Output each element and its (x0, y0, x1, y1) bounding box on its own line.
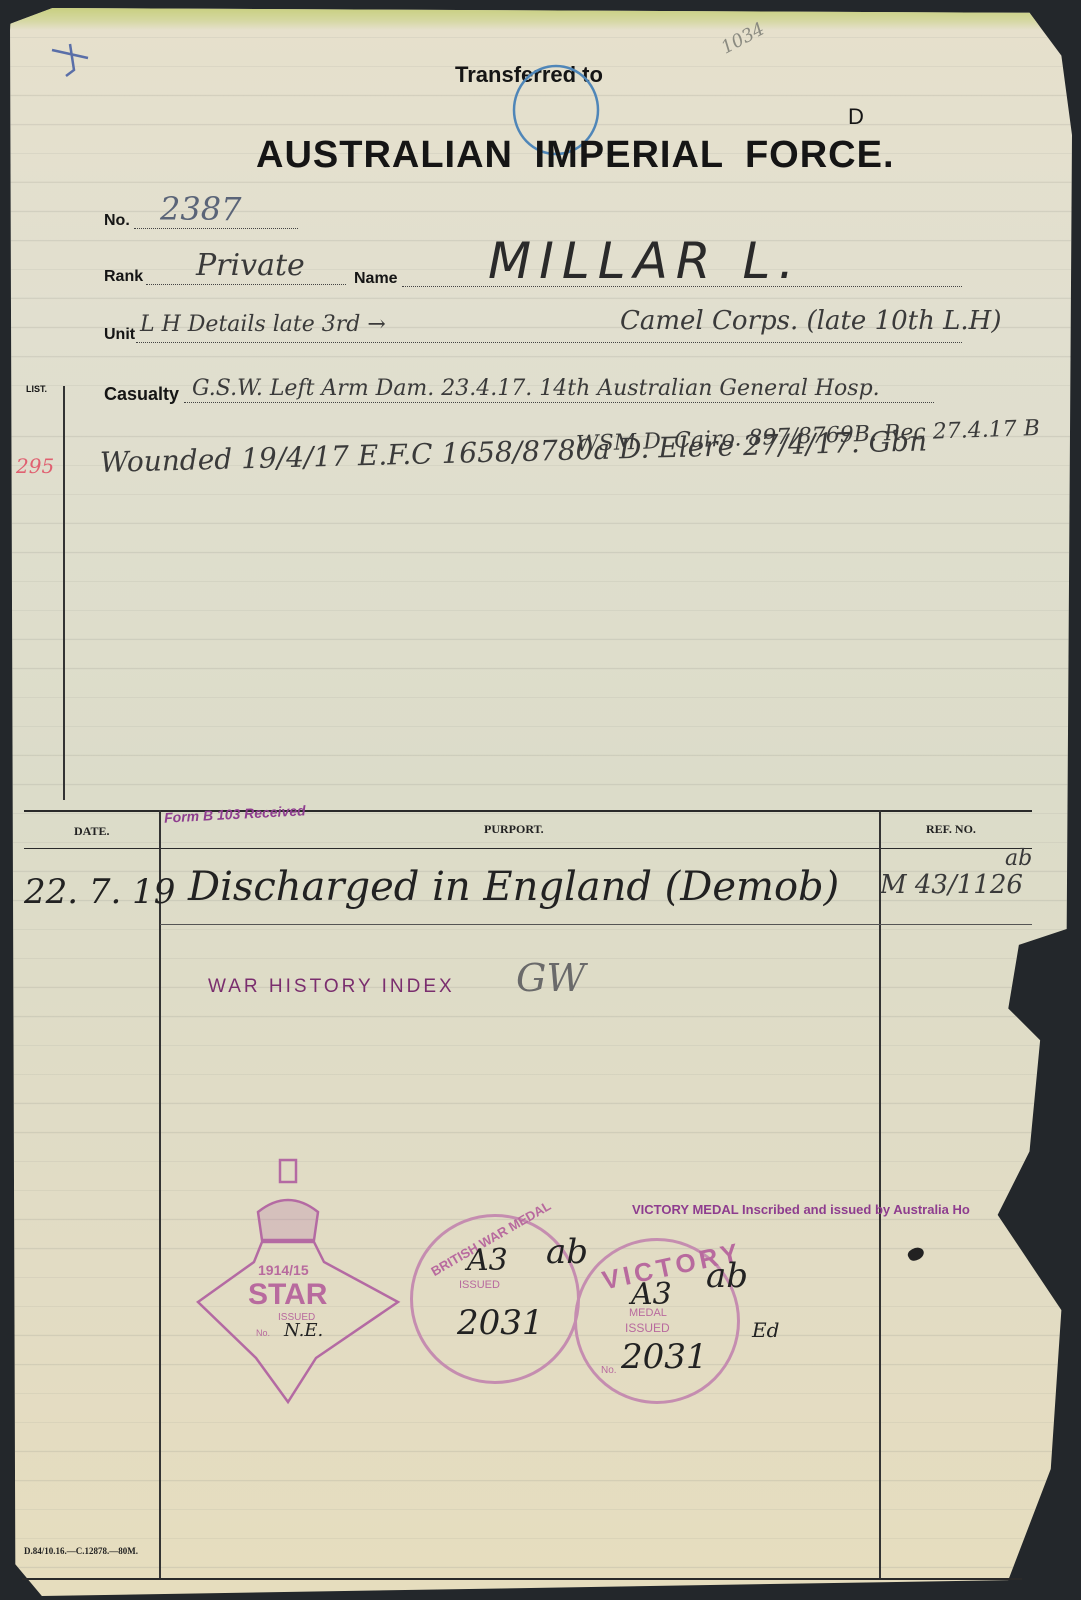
name-value: MILLAR L. (488, 232, 802, 290)
war-history-index-stamp: WAR HISTORY INDEX (208, 976, 455, 998)
casualty-label: Casualty (104, 384, 179, 405)
row-purport: Discharged in England (Demob) (188, 864, 839, 910)
star-no-value: N.E. (284, 1320, 323, 1341)
header-bottom-rule (24, 848, 1032, 849)
star-years: 1914/15 (258, 1262, 309, 1278)
unit-line (136, 342, 962, 343)
victory-initials: ab (706, 1256, 748, 1296)
row-ref: M 43/1126 (880, 870, 1023, 900)
row-date: 22. 7. 19 (24, 872, 175, 912)
victory-no-label: No. (601, 1365, 617, 1376)
printer-imprint: D.84/10.16.—C.12878.—80M. (24, 1546, 138, 1556)
rank-value: Private (196, 248, 305, 283)
star-medal-stamp: 1914/15 STAR ISSUED No. N.E. (196, 1158, 408, 1408)
red-margin-note: 295 (16, 454, 54, 478)
no-label: No. (104, 212, 130, 230)
row-bottom-rule (160, 924, 1032, 925)
blue-pencil-mark (48, 40, 98, 80)
star-no-label: No. (256, 1328, 270, 1338)
unit-label: Unit (104, 326, 135, 344)
margin-rule (63, 386, 65, 800)
no-line (134, 228, 298, 229)
bwm-initials: ab (546, 1232, 588, 1272)
column-header-purport: PURPORT. (484, 822, 544, 837)
row-ref-initials: ab (1005, 846, 1032, 871)
victory-issued: ISSUED (625, 1321, 670, 1335)
name-label: Name (354, 270, 398, 288)
victory-extra: Ed (752, 1318, 779, 1342)
bwm-number: 2031 (457, 1303, 544, 1343)
unit-value-right: Camel Corps. (late 10th L.H) (620, 306, 1001, 336)
bwm-ref: A3 (467, 1243, 508, 1278)
star-title: STAR (248, 1278, 327, 1312)
unit-value-left: L H Details late 3rd → (140, 312, 386, 337)
date-column-rule (159, 810, 161, 1580)
war-history-initials: GW (516, 956, 585, 1000)
bottom-rule (22, 1578, 1022, 1580)
aged-top-edge (10, 8, 1072, 30)
victory-medal-issued-stamp: VICTORY MEDAL Inscribed and issued by Au… (632, 1202, 970, 1217)
casualty-value: G.S.W. Left Arm Dam. 23.4.17. 14th Austr… (192, 376, 880, 401)
bwm-issued: ISSUED (459, 1279, 500, 1291)
page-title: AUSTRALIAN IMPERIAL FORCE. (256, 134, 895, 177)
column-header-date: DATE. (74, 824, 109, 839)
rank-label: Rank (104, 268, 143, 286)
no-value: 2387 (160, 190, 241, 228)
form-letter: D (848, 104, 864, 130)
rank-line (146, 284, 346, 285)
casualty-line (184, 402, 934, 403)
column-header-ref: REF. NO. (926, 822, 976, 837)
victory-number: 2031 (621, 1337, 708, 1377)
ref-column-rule (879, 810, 881, 1580)
list-label: LIST. (26, 384, 47, 394)
victory-medal-label: MEDAL (629, 1307, 667, 1319)
